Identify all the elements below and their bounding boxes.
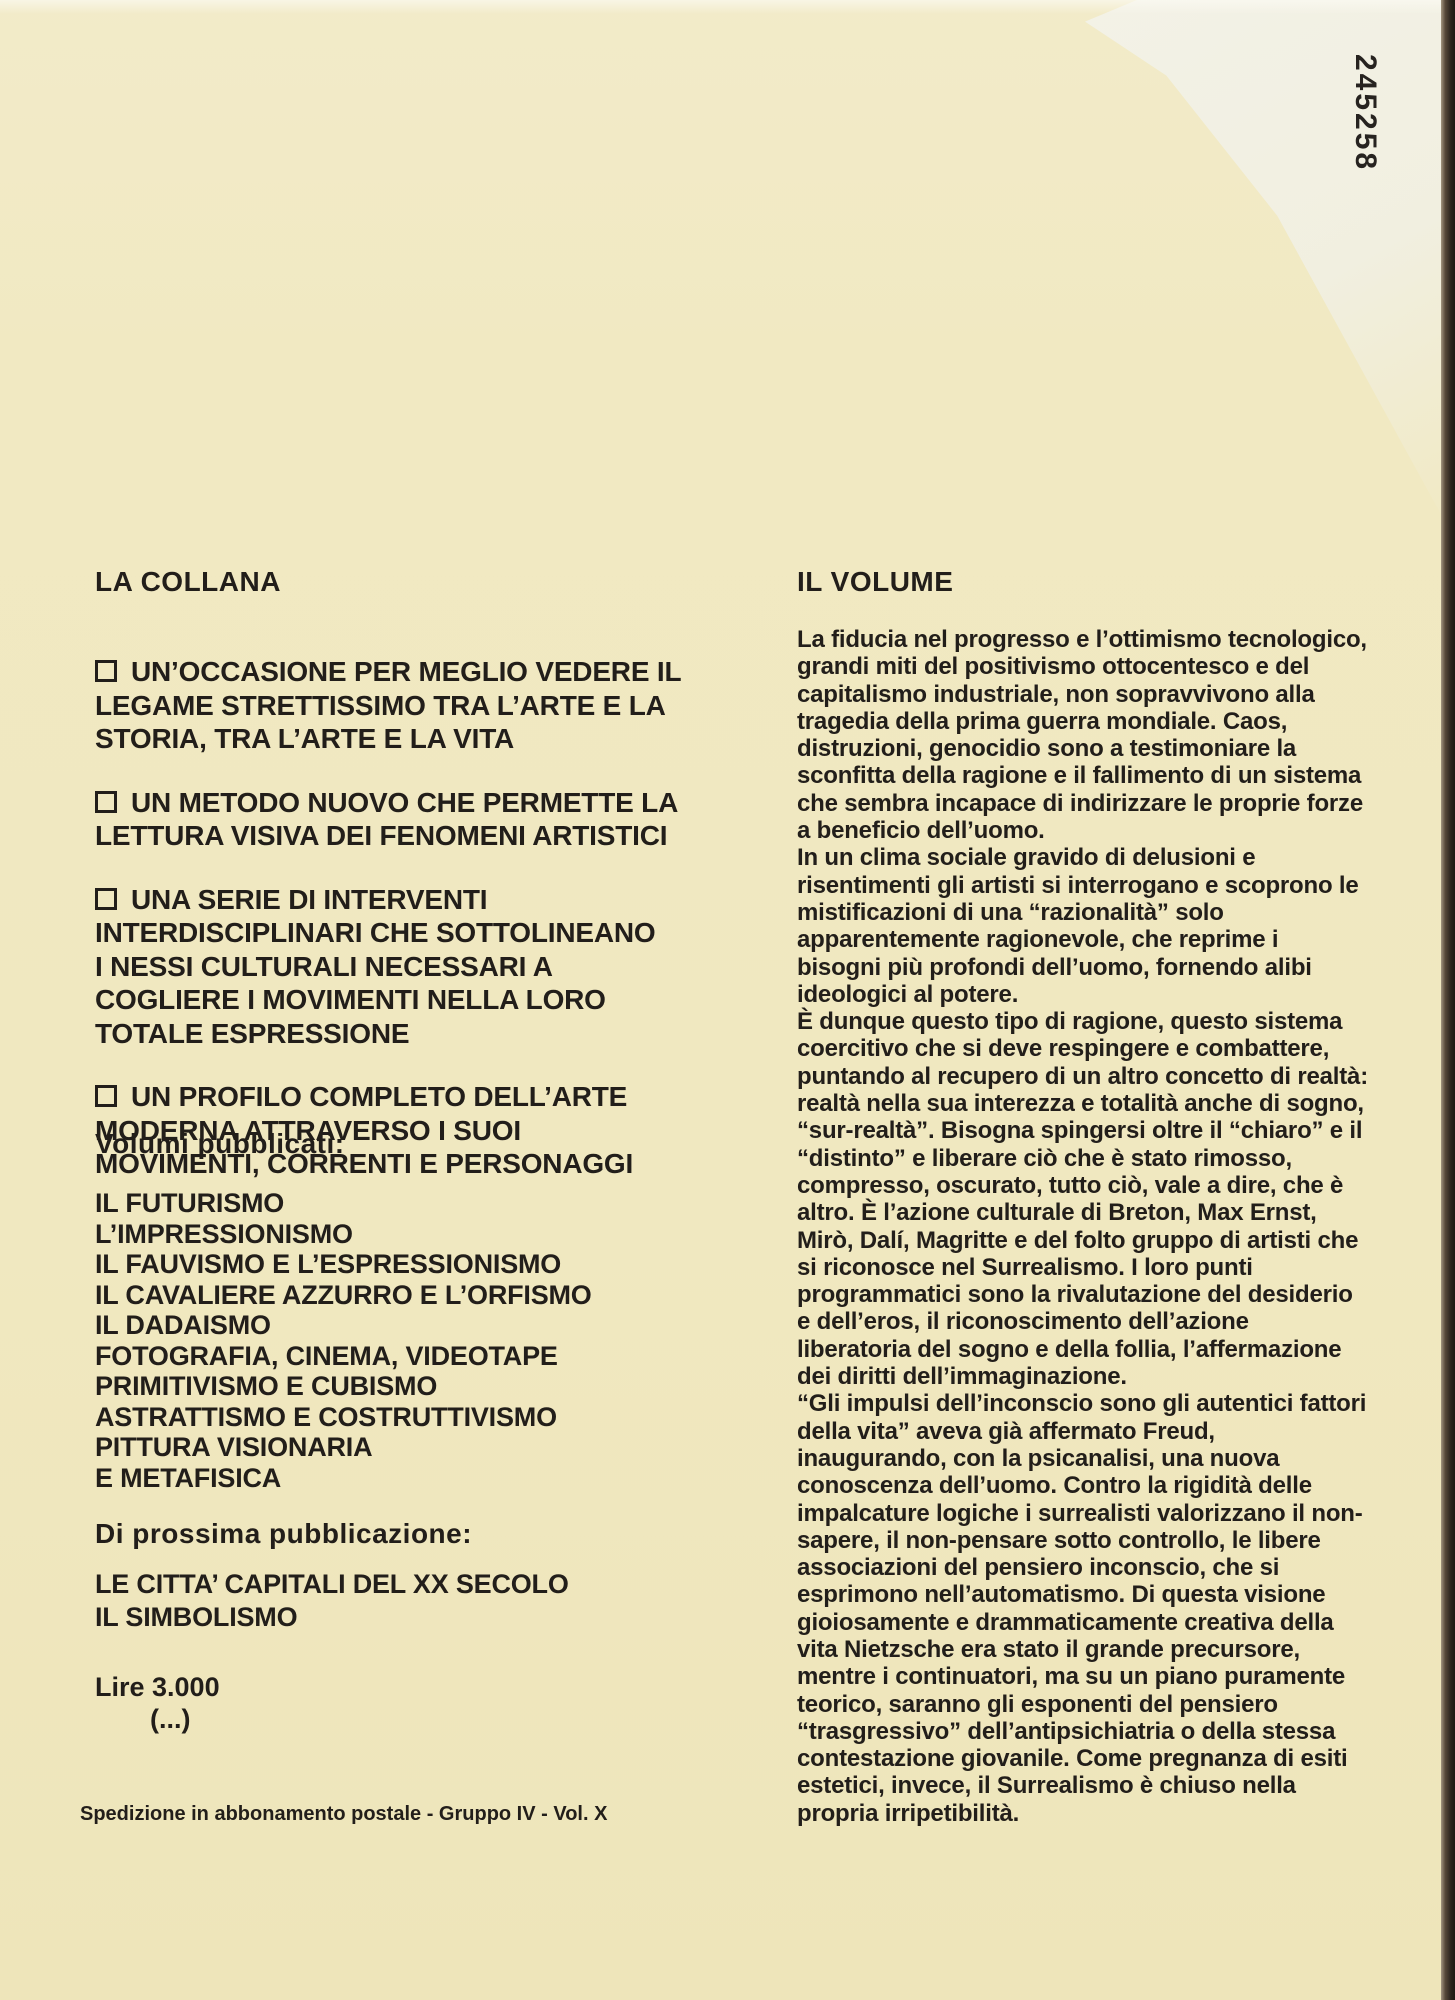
postal-shipping-note: Spedizione in abbonamento postale - Grup… [80, 1803, 607, 1826]
top-edge-sheen [0, 0, 1455, 14]
right-column-heading: IL VOLUME [797, 566, 953, 598]
price-note: (...) [150, 1704, 191, 1735]
upcoming-volumes-list: LE CITTA’ CAPITALI DEL XX SECOLO IL SIMB… [95, 1568, 569, 1634]
book-back-cover: 245258 LA COLLANA UN’OCCASIONE PER MEGLI… [0, 0, 1455, 2000]
checkbox-square-icon [95, 660, 117, 682]
volume-description-text: La fiducia nel progresso e l’ottimismo t… [797, 626, 1455, 1827]
bullet-text: UN METODO NUOVO CHE PERMETTE LA LETTURA … [95, 787, 678, 852]
bullet-text: UNA SERIE DI INTERVENTI INTERDISCIPLINAR… [95, 884, 656, 1049]
bullet-item: UNA SERIE DI INTERVENTI INTERDISCIPLINAR… [95, 883, 695, 1051]
published-volumes-list: IL FUTURISMO L’IMPRESSIONISMO IL FAUVISM… [95, 1188, 592, 1493]
checkbox-square-icon [95, 1085, 117, 1107]
checkbox-square-icon [95, 888, 117, 910]
bullet-item: UN’OCCASIONE PER MEGLIO VEDERE IL LEGAME… [95, 655, 695, 756]
price-label: Lire 3.000 [95, 1672, 220, 1703]
bullet-text: UN’OCCASIONE PER MEGLIO VEDERE IL LEGAME… [95, 656, 681, 754]
published-volumes-heading: Volumi pubblicati: [95, 1128, 345, 1160]
left-column-heading: LA COLLANA [95, 566, 281, 598]
scan-corner-highlight [1085, 0, 1455, 540]
checkbox-square-icon [95, 791, 117, 813]
upcoming-volumes-heading: Di prossima pubblicazione: [95, 1518, 472, 1550]
bullet-item: UN METODO NUOVO CHE PERMETTE LA LETTURA … [95, 786, 695, 853]
inventory-number: 245258 [1348, 54, 1382, 172]
